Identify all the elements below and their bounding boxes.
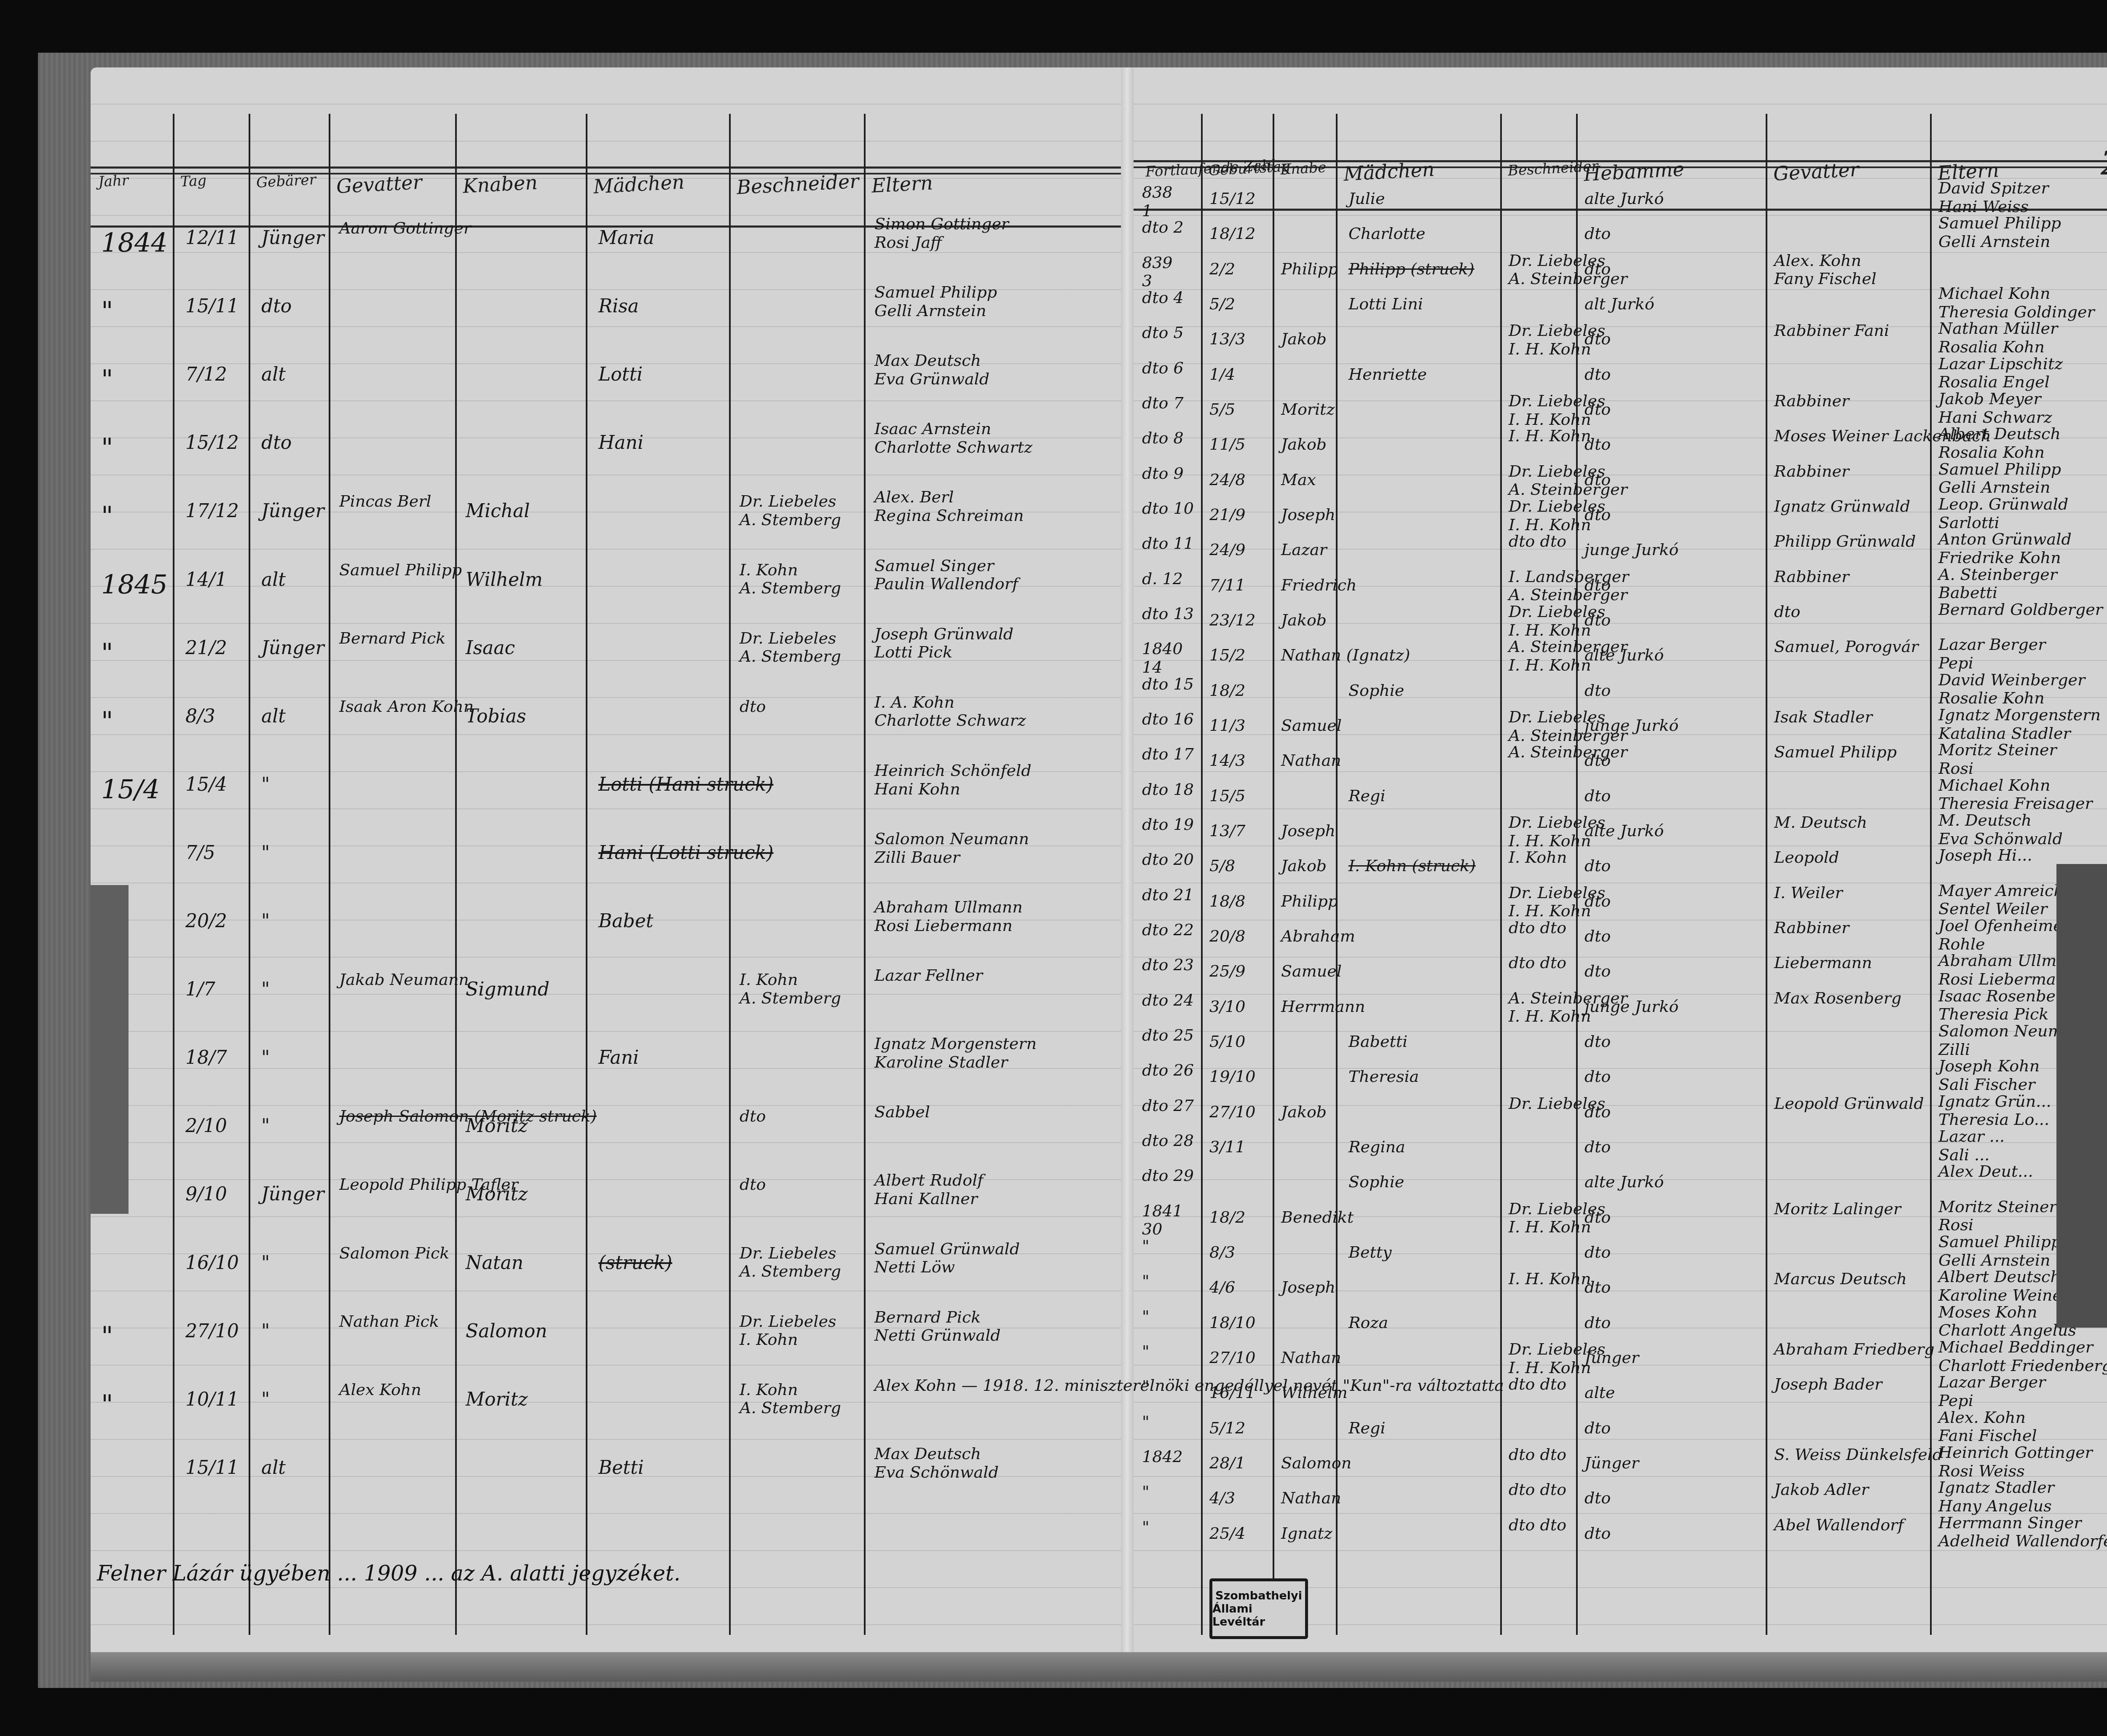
cell-circumciser: dto <box>740 1175 766 1194</box>
column-header: Gebärer <box>256 171 316 191</box>
cell-number: dto 20 <box>1142 851 1194 869</box>
cell-number: 184130 <box>1142 1202 1183 1239</box>
cell-boy: Michal <box>466 501 530 522</box>
cell-midwife: dto <box>1584 857 1611 875</box>
cell-born: Jünger <box>261 1184 324 1205</box>
cell-midwife: alte Jurkó <box>1584 1173 1664 1191</box>
cell-midwife: dto <box>1584 1138 1611 1156</box>
cell-girl: Regi <box>1348 787 1386 805</box>
cell-number: dto 29 <box>1142 1167 1194 1185</box>
cell-midwife: dto <box>1584 787 1611 805</box>
cell-date: 7/11 <box>1209 576 1245 595</box>
column-divider <box>249 114 250 1635</box>
cell-girl: Lotti (Hani struck) <box>598 774 773 796</box>
cell-parents: Bernard Goldberger <box>1938 601 2103 619</box>
cell-year: 1844 <box>101 228 168 258</box>
cell-midwife: dto <box>1584 962 1611 981</box>
cell-girl: Hani (Lotti struck) <box>598 843 773 864</box>
cell-date: 5/12 <box>1209 1419 1245 1438</box>
cell-godfather: Marcus Deutsch <box>1774 1270 1907 1288</box>
cell-girl: Hani <box>598 432 643 454</box>
cell-parents: Samuel GrünwaldNetti Löw <box>874 1240 1020 1277</box>
cell-year: 15/4 <box>101 774 160 804</box>
cell-born: Jünger <box>261 638 324 659</box>
cell-midwife: Jünger <box>1584 1454 1639 1473</box>
cell-midwife: alt Jurkó <box>1584 295 1654 314</box>
cell-parents: Lazar LipschitzRosalia Engel <box>1938 355 2063 392</box>
cell-circumciser: dto dto <box>1509 1516 1566 1535</box>
cell-number: dto 8 <box>1142 429 1184 448</box>
cell-date: 21/9 <box>1209 506 1245 524</box>
cell-midwife: dto <box>1584 225 1611 243</box>
cell-day: 18/7 <box>185 1047 227 1069</box>
cell-godfather: Bernard Pick <box>339 629 445 648</box>
cell-girl: Fani <box>598 1047 639 1069</box>
column-header: Jahr <box>98 172 129 191</box>
cell-date: 19/10 <box>1209 1068 1256 1086</box>
cell-parents: Joel OfenheimerRohle <box>1938 917 2070 953</box>
cell-circumciser: dto dto <box>1509 1481 1566 1499</box>
cell-girl: Henriette <box>1348 365 1427 384</box>
cell-day: 15/12 <box>185 432 239 454</box>
cell-parents: Joseph GrünwaldLotti Pick <box>874 625 1013 662</box>
cell-godfather: Rabbiner <box>1774 568 1849 586</box>
cell-boy: Jakob <box>1281 330 1327 349</box>
column-divider <box>1273 114 1274 1635</box>
cell-day: 15/11 <box>185 1457 239 1479</box>
cell-boy: Jakob <box>1281 611 1327 630</box>
cell-day: 7/12 <box>185 364 227 386</box>
cell-midwife: dto <box>1584 682 1611 700</box>
cell-boy: Natan <box>466 1253 523 1274</box>
cell-parents: Isaac ArnsteinCharlotte Schwartz <box>874 420 1032 456</box>
cell-day: 12/11 <box>185 228 239 249</box>
cell-born: " <box>261 1253 270 1274</box>
cell-boy: Ignatz <box>1281 1524 1332 1543</box>
cell-number: dto 21 <box>1142 886 1194 904</box>
cell-number: dto 19 <box>1142 816 1194 834</box>
book-fold <box>1121 67 1134 1677</box>
cell-parents: Ignatz MorgensternKatalina Stadler <box>1938 706 2101 743</box>
cell-godfather: Leopold <box>1774 848 1839 867</box>
cell-date: 16/11 <box>1209 1384 1256 1402</box>
cell-born: Jünger <box>261 501 324 522</box>
cell-godfather: Isak Stadler <box>1774 708 1872 727</box>
cell-godfather: Nathan Pick <box>339 1312 439 1331</box>
cell-godfather: Philipp Grünwald <box>1774 532 1916 551</box>
stamp-line-1: Szombathelyi <box>1215 1589 1302 1602</box>
cell-date: 5/5 <box>1209 400 1235 419</box>
cell-number: " <box>1142 1483 1149 1501</box>
column-divider <box>455 114 457 1635</box>
cell-day: 2/10 <box>185 1116 227 1137</box>
cell-date: 18/2 <box>1209 1208 1245 1227</box>
cell-boy: Samuel <box>1281 716 1342 735</box>
cell-boy: Lazar <box>1281 541 1327 559</box>
cell-girl: (struck) <box>598 1253 672 1274</box>
cell-godfather: Aaron Gottinger <box>339 219 471 238</box>
column-header: Knabe <box>1280 159 1327 178</box>
cell-date: 13/3 <box>1209 330 1245 349</box>
cell-number: " <box>1142 1307 1149 1326</box>
cell-date: 5/2 <box>1209 295 1235 314</box>
cell-godfather: Jakab Neumann <box>339 971 469 989</box>
cell-circumciser: I. H. Kohn <box>1509 427 1591 445</box>
cell-boy: Salomon <box>466 1321 547 1342</box>
cell-parents: Alex Kohn — 1918. 12. miniszterelnöki en… <box>874 1376 1504 1395</box>
cell-girl: Maria <box>598 228 654 249</box>
cell-midwife: dto <box>1584 330 1611 349</box>
cell-day: 17/12 <box>185 501 239 522</box>
cell-girl: Regina <box>1348 1138 1405 1156</box>
cell-parents: Samuel SingerPaulin Wallendorf <box>874 557 1018 593</box>
cell-midwife: dto <box>1584 1033 1611 1051</box>
column-divider <box>864 114 866 1635</box>
cell-boy: Moritz <box>466 1116 528 1137</box>
cell-boy: Philipp <box>1281 260 1338 279</box>
cell-parents: Ignatz StadlerHany Angelus <box>1938 1478 2054 1515</box>
cell-born: " <box>261 843 270 864</box>
cell-date: 14/3 <box>1209 751 1245 770</box>
cell-parents: Lazar ...Sali ... <box>1938 1127 2005 1164</box>
cell-parents: Samuel PhilippGelli Arnstein <box>874 283 997 320</box>
column-header: Mädchen <box>1343 158 1435 185</box>
cell-girl: Charlotte <box>1348 225 1425 243</box>
cell-midwife: dto <box>1584 1419 1611 1438</box>
cell-godfather: Rabbiner <box>1774 919 1849 937</box>
cell-circumciser: dto dto <box>1509 532 1566 551</box>
cell-number: " <box>1142 1377 1149 1396</box>
cell-born: dto <box>261 296 292 317</box>
cell-girl: Philipp (struck) <box>1348 260 1474 279</box>
cell-parents: Moritz SteinerRosi <box>1938 1198 2057 1234</box>
cell-born: " <box>261 911 270 932</box>
cell-year: " <box>101 296 113 326</box>
cell-parents: Max DeutschEva Grünwald <box>874 351 989 388</box>
cell-number: dto 22 <box>1142 921 1194 939</box>
cell-boy: Salomon <box>1281 1454 1351 1473</box>
cell-day: 14/1 <box>185 569 227 591</box>
cell-boy: Joseph <box>1281 1278 1335 1297</box>
cell-number: d. 12 <box>1142 570 1183 588</box>
cell-godfather: Samuel Philipp <box>1774 743 1897 762</box>
cell-parents: Sabbel <box>874 1103 930 1122</box>
cell-parents: Bernard PickNetti Grünwald <box>874 1308 1001 1345</box>
cell-circumciser: I. H. Kohn <box>1509 1270 1591 1288</box>
cell-date: 15/12 <box>1209 190 1256 208</box>
cell-circumciser: I. Kohn <box>1509 848 1567 867</box>
cell-girl: Regi <box>1348 1419 1386 1438</box>
cell-boy: Herrmann <box>1281 998 1365 1016</box>
cell-number: dto 2 <box>1142 218 1184 237</box>
cell-born: Jünger <box>261 228 324 249</box>
cell-parents: Heinrich SchönfeldHani Kohn <box>874 762 1032 798</box>
cell-parents: Alex. KohnFani Fischel <box>1938 1409 2037 1445</box>
cell-born: alt <box>261 569 286 591</box>
page-number: 2 <box>2101 143 2107 182</box>
cell-boy: Benedikt <box>1281 1208 1354 1227</box>
cell-girl: Theresia <box>1348 1068 1419 1086</box>
cell-date: 3/10 <box>1209 998 1245 1016</box>
cell-parents: Samuel PhilippGelli Arnstein <box>1938 460 2061 497</box>
cell-parents: David SpitzerHani Weiss <box>1938 179 2049 216</box>
cell-year: " <box>101 638 113 668</box>
cell-parents: Anton GrünwaldFriedrike Kohn <box>1938 530 2072 567</box>
cell-parents: Lazar BergerPepi <box>1938 636 2045 672</box>
cell-godfather: Max Rosenberg <box>1774 989 1901 1008</box>
cell-parents: Isaac RosenbergTheresia Pick <box>1938 987 2073 1024</box>
cell-number: 184014 <box>1142 640 1183 676</box>
cell-godfather: Joseph Bader <box>1774 1375 1882 1394</box>
cell-born: " <box>261 979 270 1001</box>
cell-midwife: dto <box>1584 1524 1611 1543</box>
cell-year: " <box>101 501 113 531</box>
cell-date: 13/7 <box>1209 822 1245 840</box>
cell-number: dto 26 <box>1142 1061 1194 1080</box>
cell-parents: Moritz SteinerRosi <box>1938 741 2057 778</box>
cell-midwife: junge Jurkó <box>1584 998 1678 1016</box>
cell-godfather: Alex Kohn <box>339 1381 421 1399</box>
cell-day: 20/2 <box>185 911 227 932</box>
cell-day: 16/10 <box>185 1253 239 1274</box>
cell-number: dto 28 <box>1142 1132 1194 1150</box>
column-header: Gevatter <box>336 171 423 198</box>
cell-boy: Samuel <box>1281 962 1342 981</box>
cell-girl: Lotti Lini <box>1348 295 1423 314</box>
cell-number: dto 24 <box>1142 991 1194 1010</box>
cell-girl: Risa <box>598 296 639 317</box>
cell-day: 10/11 <box>185 1389 239 1411</box>
cell-born: " <box>261 1116 270 1137</box>
cell-godfather: Alex. KohnFany Fischel <box>1774 252 1876 288</box>
cell-godfather: Pincas Berl <box>339 492 431 511</box>
cell-number: dto 9 <box>1142 464 1184 483</box>
cell-date: 24/9 <box>1209 541 1245 559</box>
cell-boy: Nathan <box>1281 1349 1341 1367</box>
column-divider <box>586 114 587 1635</box>
column-header: Eltern <box>871 171 933 197</box>
cell-midwife: dto <box>1584 1278 1611 1297</box>
cell-number: " <box>1142 1413 1149 1431</box>
cell-boy: Nathan <box>1281 1489 1341 1508</box>
cell-date: 18/10 <box>1209 1314 1256 1332</box>
cell-parents: Alex. BerlRegina Schreiman <box>874 488 1024 525</box>
cell-parents: M. DeutschEva Schönwald <box>1938 811 2063 848</box>
cell-date: 18/2 <box>1209 682 1245 700</box>
column-header: Gevatter <box>1773 158 1860 185</box>
cell-date: 2/2 <box>1209 260 1235 279</box>
cell-circumciser: I. KohnA. Stemberg <box>740 561 841 598</box>
cell-parents: Abraham UllmannRosi Liebermann <box>874 898 1023 935</box>
column-divider <box>329 114 330 1635</box>
cell-number: dto 11 <box>1142 534 1194 553</box>
cell-midwife: dto <box>1584 1208 1611 1227</box>
column-header: Tag <box>180 172 207 190</box>
cell-midwife: dto <box>1584 1243 1611 1262</box>
cell-day: 27/10 <box>185 1321 239 1342</box>
cell-parents: Herrmann SingerAdelheid Wallendorfer <box>1938 1514 2107 1551</box>
cell-day: 8/3 <box>185 706 215 727</box>
stamp-line-2: Állami Levéltár <box>1212 1602 1305 1629</box>
cell-godfather: S. Weiss Dünkelsfeld <box>1774 1446 1943 1464</box>
cell-girl: Babet <box>598 911 653 932</box>
cell-midwife: junge Jurkó <box>1584 541 1678 559</box>
cell-year: 1845 <box>101 569 168 599</box>
cell-date: 18/8 <box>1209 892 1245 911</box>
cell-boy: Abraham <box>1281 927 1355 946</box>
cell-boy: Nathan <box>1281 751 1341 770</box>
cell-number: dto 13 <box>1142 605 1194 623</box>
cell-boy: Jakob <box>1281 435 1327 454</box>
column-divider <box>1930 114 1932 1635</box>
cell-midwife: dto <box>1584 927 1611 946</box>
cell-day: 9/10 <box>185 1184 227 1205</box>
cell-boy: Max <box>1281 471 1316 489</box>
cell-date: 15/2 <box>1209 646 1245 665</box>
cell-midwife: Jünger <box>1584 1349 1639 1367</box>
cell-midwife: dto <box>1584 260 1611 279</box>
cell-number: dto 15 <box>1142 675 1194 694</box>
cell-date: 8/3 <box>1209 1243 1235 1262</box>
cell-parents: Alex Deut... <box>1938 1162 2033 1181</box>
cell-parents: Simon GottingerRosi Jaff <box>874 215 1009 252</box>
cell-circumciser: dto <box>740 1107 766 1126</box>
cell-girl: Roza <box>1348 1314 1388 1332</box>
cell-parents: Salomon NeumannZilli Bauer <box>874 830 1029 867</box>
cell-number: dto 6 <box>1142 359 1184 378</box>
cell-parents: Mayer AmreichSentel Weiler <box>1938 882 2064 918</box>
cell-circumciser: dto dto <box>1509 1375 1566 1394</box>
cell-born: alt <box>261 706 286 727</box>
cell-godfather: Rabbiner <box>1774 462 1849 481</box>
footnote-annotation: Felner Lázár ügyében ... 1909 ... az A. … <box>97 1559 1129 1588</box>
cell-boy: Joseph <box>1281 506 1335 524</box>
cell-godfather: I. Weiler <box>1774 884 1843 902</box>
cell-midwife: dto <box>1584 751 1611 770</box>
cell-godfather: Liebermann <box>1774 954 1872 972</box>
cell-number: 1842 <box>1142 1448 1183 1466</box>
cell-boy: Tobias <box>466 706 526 727</box>
cell-midwife: dto <box>1584 576 1611 595</box>
cell-year: " <box>101 364 113 394</box>
cell-boy: Nathan (Ignatz) <box>1281 646 1410 665</box>
cell-date: 20/8 <box>1209 927 1245 946</box>
cell-midwife: dto <box>1584 506 1611 524</box>
cell-date: 18/12 <box>1209 225 1256 243</box>
cell-date: 27/10 <box>1209 1103 1256 1122</box>
cell-boy: Jakob <box>1281 1103 1327 1122</box>
cell-boy: Moritz <box>466 1389 528 1411</box>
cell-girl: I. Kohn (struck) <box>1348 857 1476 875</box>
cell-number: " <box>1142 1342 1149 1361</box>
cell-midwife: dto <box>1584 435 1611 454</box>
cell-parents: Max DeutschEva Schönwald <box>874 1445 999 1481</box>
cell-number: dto 27 <box>1142 1097 1194 1115</box>
cell-date: 5/10 <box>1209 1033 1245 1051</box>
cell-godfather: Salomon Pick <box>339 1244 449 1263</box>
cell-midwife: dto <box>1584 611 1611 630</box>
cell-parents: Albert RudolfHani Kallner <box>874 1171 983 1208</box>
cell-date: 24/8 <box>1209 471 1245 489</box>
cell-circumciser: I. LandsbergerA. Steinberger <box>1509 568 1629 604</box>
cell-boy: Philipp <box>1281 892 1338 911</box>
torn-bottom-edge <box>91 1652 2107 1682</box>
cell-date: 11/5 <box>1209 435 1245 454</box>
cell-boy: Joseph <box>1281 822 1335 840</box>
cell-circumciser: Dr. LiebelesA. Stemberg <box>740 492 841 529</box>
cell-number: dto 4 <box>1142 289 1184 307</box>
cell-parents: Lazar BergerPepi <box>1938 1373 2045 1410</box>
cell-number: " <box>1142 1518 1149 1537</box>
column-divider <box>1500 114 1502 1635</box>
cell-girl: Sophie <box>1348 1173 1404 1191</box>
cell-number: dto 7 <box>1142 394 1184 413</box>
cell-midwife: alte Jurkó <box>1584 646 1664 665</box>
cell-parents: Ignatz Grün...Theresia Lo... <box>1938 1092 2051 1129</box>
cell-day: 21/2 <box>185 638 227 659</box>
cell-born: " <box>261 774 270 796</box>
cell-midwife: dto <box>1584 1103 1611 1122</box>
cell-boy: Wilhelm <box>466 569 543 591</box>
cell-number: " <box>1142 1237 1149 1256</box>
cell-girl: Lotti <box>598 364 643 386</box>
cell-date: 1/4 <box>1209 365 1235 384</box>
cell-parents: I. A. KohnCharlotte Schwarz <box>874 693 1026 730</box>
cell-date: 15/5 <box>1209 787 1245 805</box>
cell-midwife: junge Jurkó <box>1584 716 1678 735</box>
archive-stamp: Szombathelyi Állami Levéltár <box>1209 1578 1308 1639</box>
cell-godfather: Rabbiner Fani <box>1774 322 1889 340</box>
cell-parents: Moses KohnCharlott Angelus <box>1938 1303 2076 1340</box>
cell-born: " <box>261 1389 270 1411</box>
column-divider <box>173 114 174 1635</box>
cell-number: dto 16 <box>1142 710 1194 729</box>
cell-number: dto 18 <box>1142 781 1194 799</box>
cell-number: dto 10 <box>1142 499 1194 518</box>
cell-girl: Babetti <box>1348 1033 1407 1051</box>
cell-parents: Albert DeutschKaroline Weiner <box>1938 1268 2069 1304</box>
cell-boy: Moritz <box>466 1184 528 1205</box>
cell-parents: Nathan MüllerRosalia Kohn <box>1938 319 2058 356</box>
cell-circumciser: dto dto <box>1509 1446 1566 1464</box>
cell-godfather: Abel Wallendorf <box>1774 1516 1904 1535</box>
cell-circumciser: dto <box>740 698 766 716</box>
cell-midwife: dto <box>1584 365 1611 384</box>
cell-parents: Jakob MeyerHani Schwarz <box>1938 390 2052 427</box>
cell-number: " <box>1142 1272 1149 1291</box>
cell-godfather: Samuel, Porogvár <box>1774 638 1919 656</box>
cell-parents: Samuel PhilippGelli Arnstein <box>1938 214 2061 251</box>
left-edge-tear <box>91 885 129 1214</box>
cell-born: dto <box>261 432 292 454</box>
cell-date: 3/11 <box>1209 1138 1245 1156</box>
cell-number: 8393 <box>1142 254 1173 290</box>
cell-number: dto 25 <box>1142 1026 1194 1045</box>
cell-born: " <box>261 1047 270 1069</box>
cell-year: " <box>101 432 113 462</box>
cell-godfather: Rabbiner <box>1774 392 1849 411</box>
cell-parents: Samuel PhilippGelli Arnstein <box>1938 1233 2061 1269</box>
cell-parents: Michael BeddingerCharlott Friedenberg <box>1938 1338 2107 1375</box>
cell-date: 25/4 <box>1209 1524 1245 1543</box>
cell-boy: Isaac <box>466 638 515 659</box>
cell-parents: Ignatz MorgensternKaroline Stadler <box>874 1035 1037 1071</box>
cell-midwife: dto <box>1584 400 1611 419</box>
cell-circumciser: Dr. LiebelesI. Kohn <box>740 1312 836 1349</box>
cell-midwife: dto <box>1584 1314 1611 1332</box>
cell-midwife: dto <box>1584 471 1611 489</box>
cell-parents: Michael KohnTheresia Goldinger <box>1938 284 2095 321</box>
